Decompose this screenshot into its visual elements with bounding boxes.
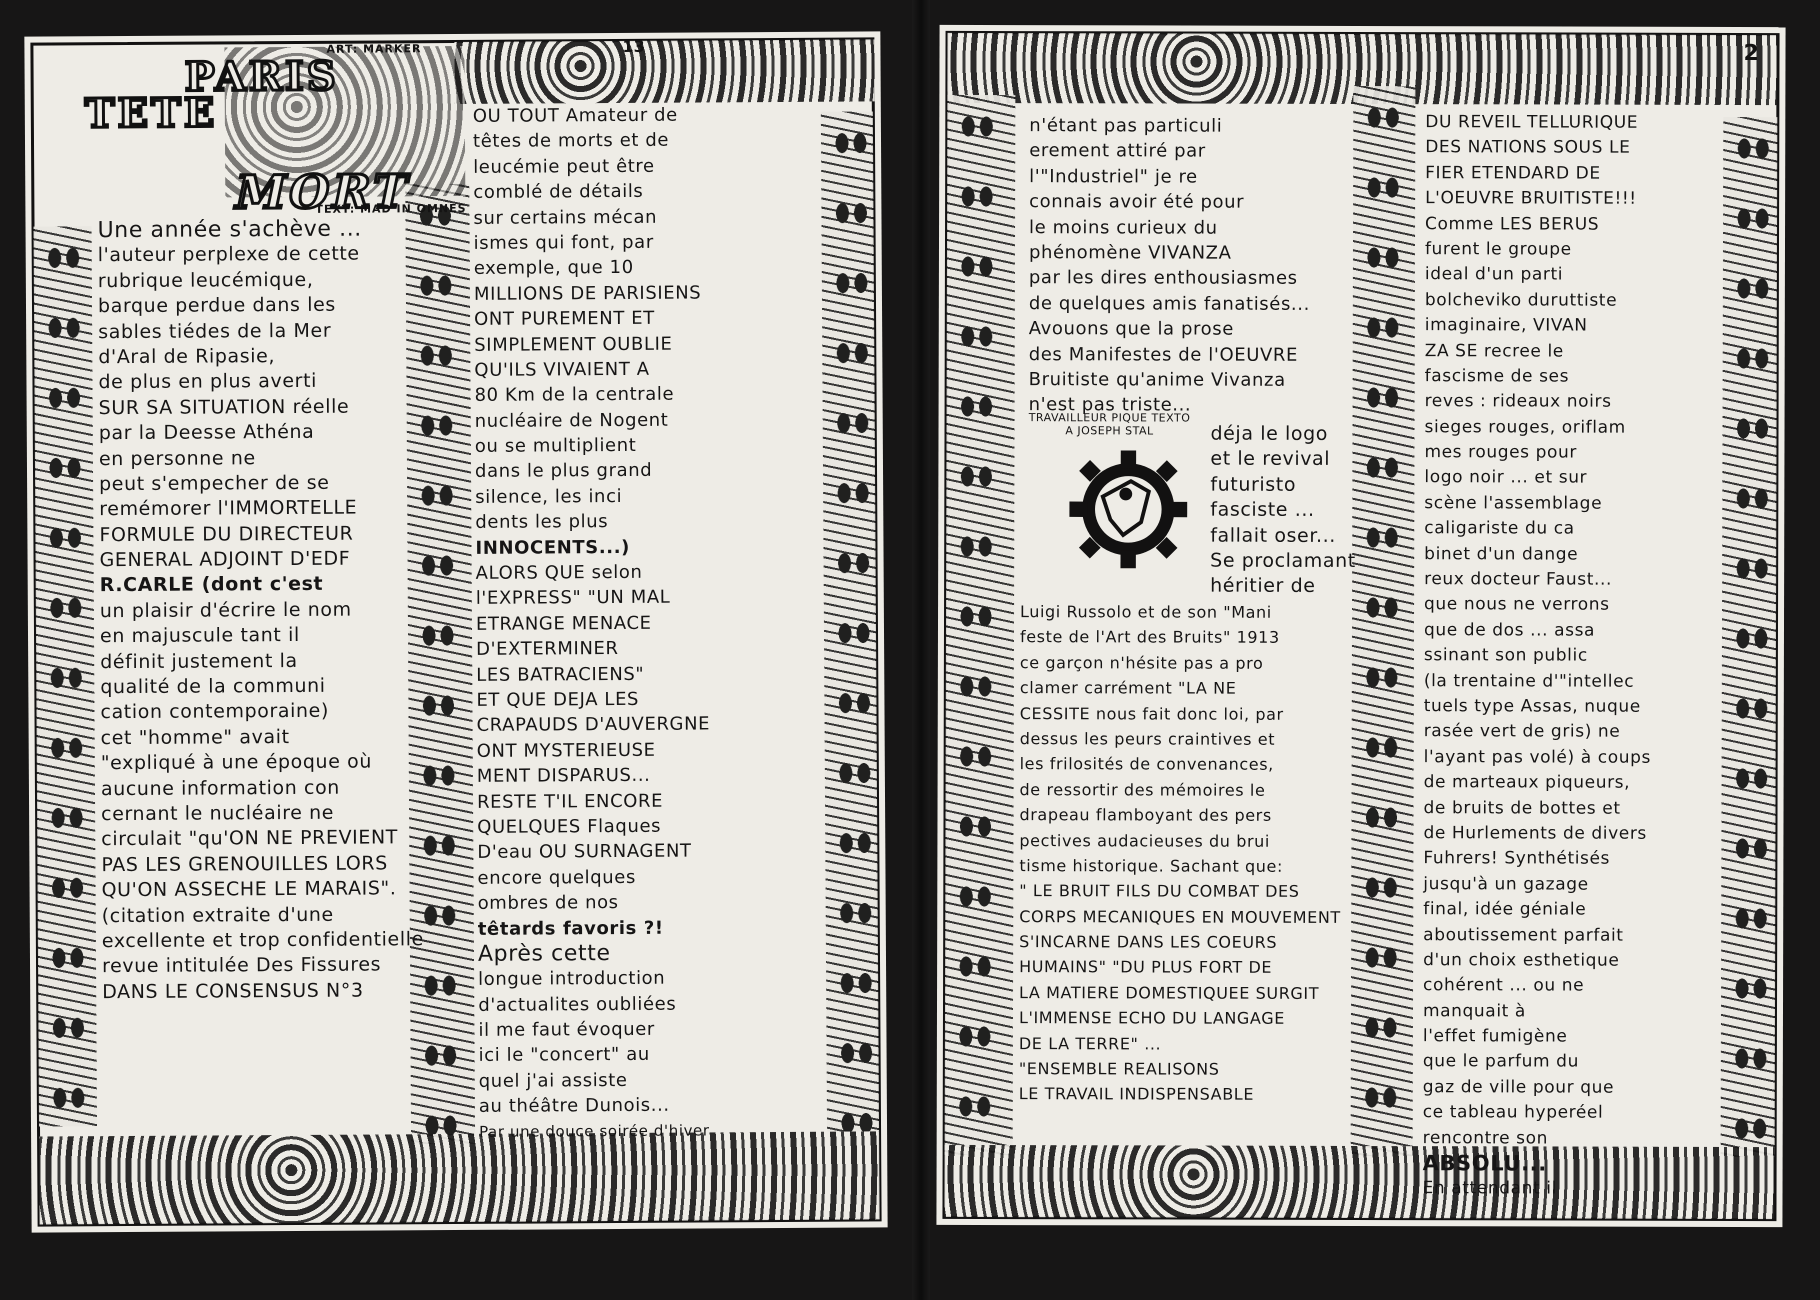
text-line: "ENSEMBLE REALISONS	[1019, 1056, 1359, 1082]
text-line: circulait "qu'ON NE PREVIENT	[101, 826, 411, 853]
text-line: il me faut évoquer	[478, 1016, 818, 1043]
right-border-decoration	[821, 111, 879, 1131]
text-line: ideal d'un parti	[1425, 263, 1725, 289]
text-line: erement attiré par	[1029, 139, 1359, 165]
right-column-2: DU REVEIL TELLURIQUE DES NATIONS SOUS LE…	[1422, 110, 1725, 1203]
text-line: ici le "concert" au	[479, 1041, 819, 1068]
text-line: ONT PUREMENT ET	[474, 305, 814, 332]
text-line: d'actualites oubliées	[478, 990, 818, 1017]
text-line: feste de l'Art des Bruits" 1913	[1020, 624, 1360, 650]
text-line: un plaisir d'écrire le nom	[100, 597, 410, 624]
text-line: Une année s'achève ...	[97, 216, 407, 243]
text-line: GENERAL ADJOINT D'EDF	[99, 546, 409, 573]
text-line: quel j'ai assiste	[479, 1067, 819, 1094]
text-line: RESTE T'IL ENCORE	[477, 787, 817, 814]
text-line: tisme historique. Sachant que:	[1019, 853, 1359, 879]
text-line: dents les plus	[475, 508, 815, 535]
text-line: au théâtre Dunois...	[479, 1092, 819, 1119]
text-line: définit justement la	[100, 648, 410, 675]
text-line: par les dires enthousiasmes	[1029, 265, 1359, 291]
text-line: barque perdue dans les	[98, 292, 408, 319]
zine-spread: PARIS TETE MORT ART: MARKER TEXT: MAD IN…	[0, 0, 1820, 1300]
text-line: ce garçon n'hésite pas a pro	[1020, 650, 1360, 676]
text-line: "expliqué à une époque où	[101, 749, 411, 776]
text-line: (citation extraite d'une	[102, 902, 412, 929]
text-line: fallait oser...	[1210, 523, 1370, 549]
text-line: mes rouges pour	[1424, 440, 1724, 466]
top-border-decoration	[454, 39, 874, 104]
text-line: leucémie peut être	[473, 153, 813, 180]
page-number: 2	[1743, 41, 1758, 66]
bottom-border-decoration	[39, 1131, 880, 1224]
text-line: longue introduction	[478, 965, 818, 992]
text-line: de quelques amis fanatisés...	[1029, 291, 1359, 317]
text-line: drapeau flamboyant des pers	[1019, 802, 1359, 828]
center-column-divider-decoration	[405, 184, 475, 1144]
text-line: déja le logo	[1210, 422, 1370, 448]
right-column-1-top: n'étant pas particuli erement attiré par…	[1029, 113, 1360, 419]
text-line: héritier de	[1210, 574, 1370, 600]
text-line: excellente et trop confidentielle	[102, 927, 412, 954]
text-line: R.CARLE (dont c'est	[100, 572, 410, 599]
text-line: rasée vert de gris) ne	[1424, 720, 1724, 746]
text-line: rubrique leucémique,	[98, 267, 408, 294]
text-line: l'EXPRESS" "UN MAL	[476, 584, 816, 611]
text-line: D'eau OU SURNAGENT	[477, 838, 817, 865]
text-line: d'Aral de Ripasie,	[98, 343, 408, 370]
text-line: 80 Km de la centrale	[474, 381, 814, 408]
text-line: MENT DISPARUS...	[477, 762, 817, 789]
text-line: Bruitiste qu'anime Vivanza	[1029, 367, 1359, 393]
text-line: sables tiédes de la Mer	[98, 318, 408, 345]
text-line: LE TRAVAIL INDISPENSABLE	[1019, 1082, 1359, 1108]
text-line: Après cette	[478, 940, 818, 967]
text-line: têtes de morts et de	[473, 127, 813, 154]
text-line: FORMULE DU DIRECTEUR	[99, 521, 409, 548]
text-line: peut s'empecher de se	[99, 470, 409, 497]
text-line: et le revival	[1210, 447, 1370, 473]
text-line: des Manifestes de l'OEUVRE	[1029, 342, 1359, 368]
text-line: OU TOUT Amateur de	[473, 102, 813, 129]
text-line: que de dos ... assa	[1424, 618, 1724, 644]
text-line: furent le groupe	[1425, 237, 1725, 263]
text-line: imaginaire, VIVAN	[1425, 313, 1725, 339]
text-line: MILLIONS DE PARISIENS	[474, 280, 814, 307]
text-line: LES BATRACIENS"	[476, 660, 816, 687]
text-line: fascisme de ses	[1425, 364, 1725, 390]
text-line: Par une douce soirée d'hiver	[479, 1117, 819, 1144]
text-line: ONT MYSTERIEUSE	[477, 737, 817, 764]
text-line: L'OEUVRE BRUITISTE!!!	[1425, 186, 1725, 212]
text-line: ou se multiplient	[475, 432, 815, 459]
left-border-decoration	[945, 95, 1016, 1155]
text-line: cohérent ... ou ne	[1423, 973, 1723, 999]
text-line: que le parfum du	[1423, 1050, 1723, 1076]
text-line: bolcheviko duruttiste	[1425, 288, 1725, 314]
text-line: CESSITE nous fait donc loi, par	[1020, 701, 1360, 727]
text-line: Comme LES BERUS	[1425, 212, 1725, 238]
text-line: que nous ne verrons	[1424, 593, 1724, 619]
text-line: de plus en plus averti	[98, 369, 408, 396]
text-line: de marteaux piqueurs,	[1424, 770, 1724, 796]
text-line: gaz de ville pour que	[1423, 1075, 1723, 1101]
text-line: aboutissement parfait	[1423, 923, 1723, 949]
text-line: manquait à	[1423, 999, 1723, 1025]
text-line: Luigi Russolo et de son "Mani	[1020, 599, 1360, 625]
text-line: caligariste du ca	[1424, 516, 1724, 542]
text-line: ssinant son public	[1424, 643, 1724, 669]
text-line: SUR SA SITUATION réelle	[99, 394, 409, 421]
text-line: cation contemporaine)	[100, 699, 410, 726]
text-line: encore quelques	[477, 864, 817, 891]
text-line: ce tableau hyperéel	[1423, 1100, 1723, 1126]
text-line: aucune information con	[101, 775, 411, 802]
text-line: en majuscule tant il	[100, 623, 410, 650]
left-page: PARIS TETE MORT ART: MARKER TEXT: MAD IN…	[24, 31, 887, 1232]
text-line: En attendant il	[1422, 1177, 1722, 1203]
text-line: Avouons que la prose	[1029, 316, 1359, 342]
text-line: QUELQUES Flaques	[477, 813, 817, 840]
text-line: fasciste ...	[1210, 498, 1370, 524]
art-credit: ART: MARKER	[326, 42, 421, 56]
text-line: scène l'assemblage	[1424, 491, 1724, 517]
text-line: clamer carrément "LA NE	[1020, 675, 1360, 701]
text-line: silence, les inci	[475, 483, 815, 510]
text-line: sur certains mécan	[473, 203, 813, 230]
text-line: L'IMMENSE ECHO DU LANGAGE	[1019, 1005, 1359, 1031]
text-line: le moins curieux du	[1029, 215, 1359, 241]
text-line: cernant le nucléaire ne	[101, 800, 411, 827]
text-line: ET QUE DEJA LES	[476, 686, 816, 713]
left-column-1: Une année s'achève ... l'auteur perplexe…	[97, 216, 412, 1005]
text-line: DU REVEIL TELLURIQUE	[1425, 110, 1725, 136]
text-line: de bruits de bottes et	[1423, 796, 1723, 822]
gear-worker-logo-icon	[1064, 445, 1192, 573]
text-line: qualité de la communi	[100, 673, 410, 700]
text-line: tuels type Assas, nuque	[1424, 694, 1724, 720]
text-line: les frilosités de convenances,	[1020, 751, 1360, 777]
logo-caption: TRAVAILLEUR PIQUE TEXTO A JOSEPH STAL	[1024, 411, 1194, 437]
text-line: (la trentaine d'"intellec	[1424, 669, 1724, 695]
text-line: LA MATIERE DOMESTIQUEE SURGIT	[1019, 980, 1359, 1006]
right-column-1-bottom: Luigi Russolo et de son "Mani feste de l…	[1019, 599, 1360, 1108]
left-border-decoration	[34, 226, 97, 1126]
text-line: nucléaire de Nogent	[475, 406, 815, 433]
text-line: SIMPLEMENT OUBLIE	[474, 330, 814, 357]
text-line: QU'ILS VIVAIENT A	[474, 356, 814, 383]
text-line: comblé de détails	[473, 178, 813, 205]
text-line: pectives audacieuses du brui	[1019, 828, 1359, 854]
text-line: jusqu'à un gazage	[1423, 872, 1723, 898]
text-line: S'INCARNE DANS LES COEURS	[1019, 929, 1359, 955]
text-line: dans le plus grand	[475, 457, 815, 484]
text-line: CRAPAUDS D'AUVERGNE	[476, 711, 816, 738]
text-line: têtards favoris ?!	[478, 914, 818, 941]
text-line: Fuhrers! Synthétisés	[1423, 846, 1723, 872]
text-line: ABSOLU...	[1423, 1151, 1723, 1177]
right-page: 2 n'étant pas particuli erement attiré p…	[936, 25, 1785, 1227]
text-line: futuristo	[1210, 472, 1370, 498]
text-line: QU'ON ASSECHE LE MARAIS".	[101, 876, 411, 903]
text-line: l'effet fumigène	[1423, 1024, 1723, 1050]
text-line: " LE BRUIT FILS DU COMBAT DES	[1019, 878, 1359, 904]
text-line: de Hurlements de divers	[1423, 821, 1723, 847]
text-line: dessus les peurs craintives et	[1020, 726, 1360, 752]
text-line: Se proclamant	[1210, 549, 1370, 575]
text-line: cet "homme" avait	[101, 724, 411, 751]
logo-caption-line: TRAVAILLEUR PIQUE TEXTO	[1025, 411, 1195, 424]
text-line: par la Deesse Athéna	[99, 419, 409, 446]
text-line: exemple, que 10	[474, 254, 814, 281]
text-line: logo noir ... et sur	[1424, 466, 1724, 492]
text-line: de ressortir des mémoires le	[1020, 777, 1360, 803]
text-line: phénomène VIVANZA	[1029, 240, 1359, 266]
book-spine	[912, 0, 930, 1300]
text-line: d'un choix esthetique	[1423, 948, 1723, 974]
text-credit: TEXT: MAD IN OMNES	[315, 202, 466, 216]
text-line: en personne ne	[99, 445, 409, 472]
text-line: n'étant pas particuli	[1029, 113, 1359, 139]
text-line: l'"Industriel" je re	[1029, 164, 1359, 190]
text-line: sieges rouges, oriflam	[1424, 415, 1724, 441]
title-tete: TETE	[85, 89, 218, 137]
text-line: ismes qui font, par	[474, 229, 814, 256]
text-line: CORPS MECANIQUES EN MOUVEMENT	[1019, 904, 1359, 930]
text-line: final, idée géniale	[1423, 897, 1723, 923]
text-line: DANS LE CONSENSUS N°3	[102, 978, 412, 1005]
text-line: reves : rideaux noirs	[1425, 389, 1725, 415]
page-number: 13	[622, 37, 644, 56]
text-line: ETRANGE MENACE	[476, 610, 816, 637]
text-line: DES NATIONS SOUS LE	[1425, 136, 1725, 162]
text-line: DE LA TERRE" ...	[1019, 1031, 1359, 1057]
center-column-divider-decoration	[1351, 86, 1416, 1156]
text-line: rencontre son	[1423, 1126, 1723, 1152]
text-line: revue intitulée Des Fissures	[102, 953, 412, 980]
text-line: connais avoir été pour	[1029, 189, 1359, 215]
text-line: binet d'un dange	[1424, 542, 1724, 568]
logo-caption-line: A JOSEPH STAL	[1024, 424, 1194, 437]
text-line: reux docteur Faust...	[1424, 567, 1724, 593]
text-line: remémorer l'IMMORTELLE	[99, 496, 409, 523]
title-illustration: PARIS TETE MORT	[74, 46, 435, 223]
right-border-decoration	[1721, 117, 1778, 1157]
text-line: l'auteur perplexe de cette	[98, 242, 408, 269]
text-line: ALORS QUE selon	[476, 559, 816, 586]
right-column-1-beside-logo: déja le logo et le revival futuristo fas…	[1210, 422, 1370, 600]
text-line: ZA SE recree le	[1425, 339, 1725, 365]
text-line: HUMAINS" "DU PLUS FORT DE	[1019, 955, 1359, 981]
text-line: l'ayant pas volé) à coups	[1424, 745, 1724, 771]
text-line: FIER ETENDARD DE	[1425, 161, 1725, 187]
text-line: D'EXTERMINER	[476, 635, 816, 662]
text-line: ombres de nos	[478, 889, 818, 916]
text-line: PAS LES GRENOUILLES LORS	[101, 851, 411, 878]
left-column-2: OU TOUT Amateur de têtes de morts et de …	[473, 102, 819, 1145]
text-line: INNOCENTS...)	[475, 533, 815, 560]
